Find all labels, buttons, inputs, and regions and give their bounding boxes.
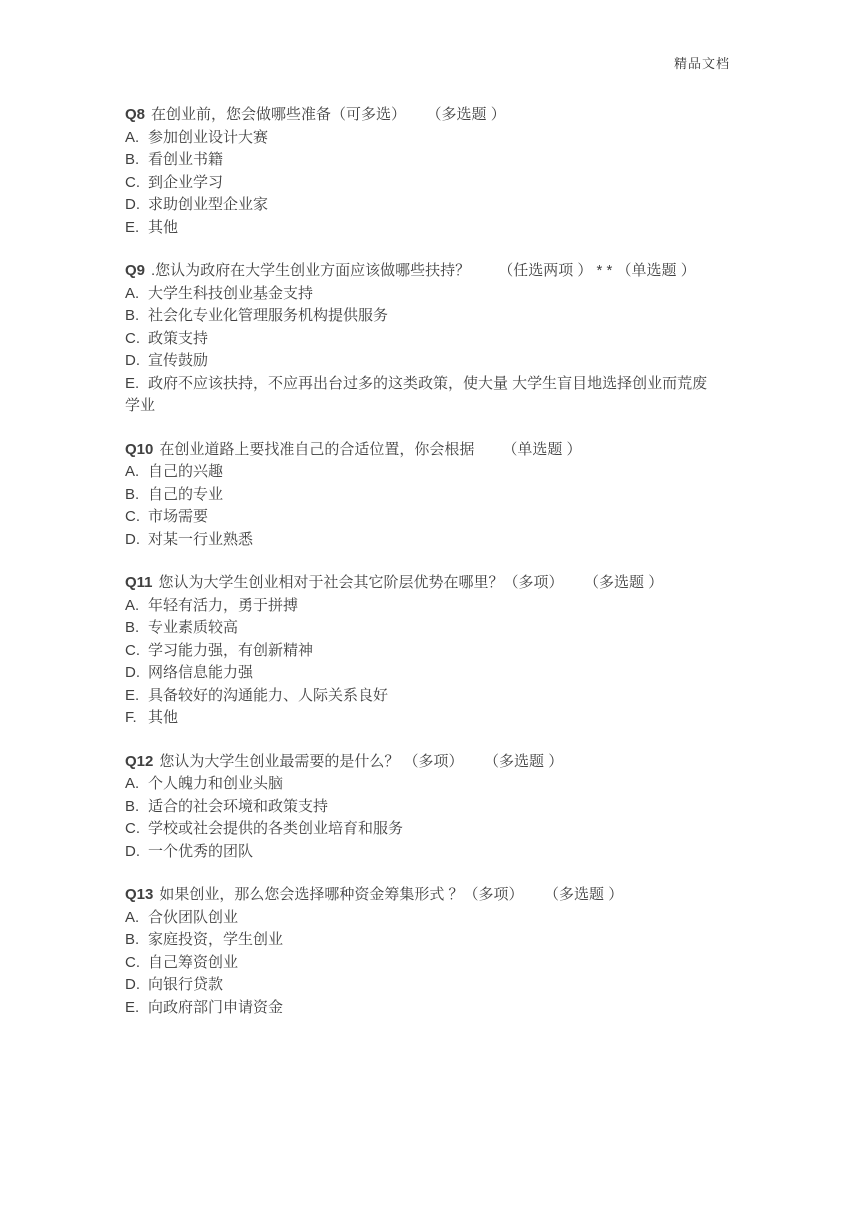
option-letter: B.: [125, 929, 148, 952]
option-letter: A.: [125, 595, 148, 618]
option-letter: B.: [125, 617, 148, 640]
option-letter: D.: [125, 841, 148, 864]
option-letter: E.: [125, 997, 148, 1020]
option-text: 到企业学习: [148, 174, 223, 191]
option-text: 向银行贷款: [148, 976, 223, 993]
option-row: C.市场需要: [125, 506, 713, 529]
option-row: C.学校或社会提供的各类创业培育和服务: [125, 818, 713, 841]
option-row: B.看创业书籍: [125, 149, 713, 172]
option-row: A.大学生科技创业基金支持: [125, 283, 713, 306]
option-text: 具备较好的沟通能力、人际关系良好: [148, 687, 388, 704]
option-letter: C.: [125, 172, 148, 195]
question-text: 在创业前，您会做哪些准备（可多选）: [151, 106, 406, 123]
option-row: B.专业素质较高: [125, 617, 713, 640]
option-text: 自己筹资创业: [148, 954, 238, 971]
question-text: 在创业道路上要找准自己的合适位置，你会根据: [159, 441, 474, 458]
option-row: D.宣传鼓励: [125, 350, 713, 373]
option-text: 对某一行业熟悉: [148, 531, 253, 548]
option-row: D.网络信息能力强: [125, 662, 713, 685]
option-text: 自己的兴趣: [148, 463, 223, 480]
option-row: A.个人魄力和创业头脑: [125, 773, 713, 796]
option-text: 个人魄力和创业头脑: [148, 775, 283, 792]
option-text: 政策支持: [148, 330, 208, 347]
option-letter: C.: [125, 818, 148, 841]
question-block: Q9.您认为政府在大学生创业方面应该做哪些扶持？（任选两项 ） * * （单选题…: [125, 260, 713, 418]
question-type-label: （多选题 ）: [592, 574, 664, 591]
option-row: C.政策支持: [125, 328, 713, 351]
option-letter: B.: [125, 305, 148, 328]
option-text: 参加创业设计大赛: [148, 129, 268, 146]
question-type-label: （多选题 ）: [492, 753, 564, 770]
option-text: 专业素质较高: [148, 619, 238, 636]
option-text: 合伙团队创业: [148, 909, 238, 926]
option-text: 适合的社会环境和政策支持: [148, 798, 328, 815]
option-text: 一个优秀的团队: [148, 843, 253, 860]
option-letter: B.: [125, 149, 148, 172]
header-label: 精品文档: [674, 53, 730, 72]
question-type-label: （多选题 ）: [552, 886, 624, 903]
option-row: C.自己筹资创业: [125, 952, 713, 975]
option-text: 社会化专业化管理服务机构提供服务: [148, 307, 388, 324]
question-block: Q11您认为大学生创业相对于社会其它阶层优势在哪里？（多项）（多选题 ） A.年…: [125, 572, 713, 730]
option-letter: A.: [125, 127, 148, 150]
option-text: 网络信息能力强: [148, 664, 253, 681]
option-row: E.向政府部门申请资金: [125, 997, 713, 1020]
question-block: Q13如果创业，那么您会选择哪种资金筹集形式 ？（多项）（多选题 ） A.合伙团…: [125, 884, 713, 1019]
question-text: .您认为政府在大学生创业方面应该做哪些扶持？: [151, 262, 470, 279]
option-text: 政府不应该扶持，不应再出台过多的这类政策，使大量 大学生盲目地选择创业而荒废学业: [125, 375, 707, 415]
option-letter: C.: [125, 506, 148, 529]
option-row: D.求助创业型企业家: [125, 194, 713, 217]
option-row: B.自己的专业: [125, 484, 713, 507]
question-number: Q9: [125, 262, 145, 279]
question-number: Q8: [125, 106, 145, 123]
option-letter: A.: [125, 283, 148, 306]
question-type-label: （任选两项 ） * * （单选题 ）: [498, 262, 696, 279]
option-letter: A.: [125, 907, 148, 930]
option-row: A.年轻有活力，勇于拼搏: [125, 595, 713, 618]
option-text: 学习能力强，有创新精神: [148, 642, 313, 659]
option-text: 大学生科技创业基金支持: [148, 285, 313, 302]
option-text: 家庭投资，学生创业: [148, 931, 283, 948]
questionnaire: Q8在创业前，您会做哪些准备（可多选）（多选题 ） A.参加创业设计大赛 B.看…: [125, 104, 713, 1019]
question-block: Q8在创业前，您会做哪些准备（可多选）（多选题 ） A.参加创业设计大赛 B.看…: [125, 104, 713, 239]
option-text: 年轻有活力，勇于拼搏: [148, 597, 298, 614]
question-text: 如果创业，那么您会选择哪种资金筹集形式 ？（多项）: [159, 886, 523, 903]
question-header: Q8在创业前，您会做哪些准备（可多选）（多选题 ）: [125, 104, 713, 127]
option-row: B.适合的社会环境和政策支持: [125, 796, 713, 819]
question-number: Q11: [125, 574, 153, 591]
option-text: 其他: [148, 219, 178, 236]
option-letter: D.: [125, 974, 148, 997]
question-number: Q13: [125, 886, 153, 903]
option-letter: C.: [125, 328, 148, 351]
option-text: 学校或社会提供的各类创业培育和服务: [148, 820, 403, 837]
question-header: Q10在创业道路上要找准自己的合适位置，你会根据（单选题 ）: [125, 439, 713, 462]
option-letter: A.: [125, 461, 148, 484]
option-letter: D.: [125, 529, 148, 552]
question-block: Q10在创业道路上要找准自己的合适位置，你会根据（单选题 ） A.自己的兴趣 B…: [125, 439, 713, 552]
option-letter: A.: [125, 773, 148, 796]
option-letter: B.: [125, 796, 148, 819]
question-block: Q12您认为大学生创业最需要的是什么？ （多项）（多选题 ） A.个人魄力和创业…: [125, 751, 713, 864]
option-text: 求助创业型企业家: [148, 196, 268, 213]
option-row: F.其他: [125, 707, 713, 730]
option-row: E.具备较好的沟通能力、人际关系良好: [125, 685, 713, 708]
question-header: Q12您认为大学生创业最需要的是什么？ （多项）（多选题 ）: [125, 751, 713, 774]
question-text: 您认为大学生创业相对于社会其它阶层优势在哪里？（多项）: [159, 574, 564, 591]
option-row: D.对某一行业熟悉: [125, 529, 713, 552]
option-row: D.一个优秀的团队: [125, 841, 713, 864]
option-text: 看创业书籍: [148, 151, 223, 168]
question-text: 您认为大学生创业最需要的是什么？ （多项）: [159, 753, 463, 770]
question-number: Q10: [125, 441, 153, 458]
option-text: 市场需要: [148, 508, 208, 525]
question-type-label: （单选题 ）: [502, 441, 581, 458]
option-row: A.自己的兴趣: [125, 461, 713, 484]
option-text: 向政府部门申请资金: [148, 999, 283, 1016]
option-letter: C.: [125, 640, 148, 663]
option-row: C.到企业学习: [125, 172, 713, 195]
option-letter: D.: [125, 194, 148, 217]
question-header: Q9.您认为政府在大学生创业方面应该做哪些扶持？（任选两项 ） * * （单选题…: [125, 260, 713, 283]
option-letter: E.: [125, 685, 148, 708]
option-row: B.家庭投资，学生创业: [125, 929, 713, 952]
option-row: E.其他: [125, 217, 713, 240]
option-letter: E.: [125, 217, 148, 240]
option-letter: D.: [125, 662, 148, 685]
option-text: 其他: [148, 709, 178, 726]
option-letter: D.: [125, 350, 148, 373]
option-row: D.向银行贷款: [125, 974, 713, 997]
option-row: C.学习能力强，有创新精神: [125, 640, 713, 663]
option-letter: B.: [125, 484, 148, 507]
option-text: 自己的专业: [148, 486, 223, 503]
option-row: B.社会化专业化管理服务机构提供服务: [125, 305, 713, 328]
question-header: Q13如果创业，那么您会选择哪种资金筹集形式 ？（多项）（多选题 ）: [125, 884, 713, 907]
question-header: Q11您认为大学生创业相对于社会其它阶层优势在哪里？（多项）（多选题 ）: [125, 572, 713, 595]
option-row: E.政府不应该扶持，不应再出台过多的这类政策，使大量 大学生盲目地选择创业而荒废…: [125, 373, 713, 418]
option-letter: F.: [125, 707, 148, 730]
option-letter: C.: [125, 952, 148, 975]
option-text: 宣传鼓励: [148, 352, 208, 369]
option-row: A.合伙团队创业: [125, 907, 713, 930]
question-type-label: （多选题 ）: [434, 106, 506, 123]
question-number: Q12: [125, 753, 153, 770]
option-letter: E.: [125, 373, 148, 396]
option-row: A.参加创业设计大赛: [125, 127, 713, 150]
